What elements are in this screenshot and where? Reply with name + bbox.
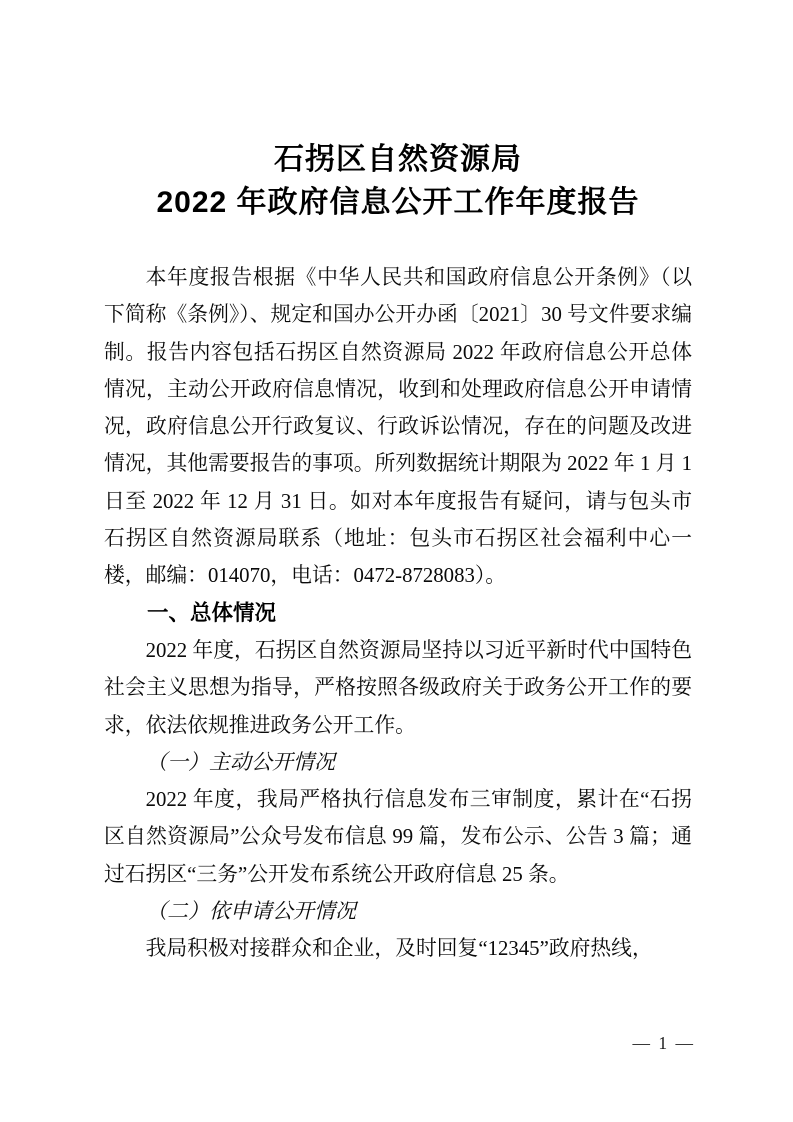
document-title: 石拐区自然资源局 2022 年政府信息公开工作年度报告: [104, 138, 692, 224]
paragraph-intro: 本年度报告根据《中华人民共和国政府信息公开条例》（以下简称《条例》）、规定和国办…: [104, 259, 692, 595]
section-heading-overall: 一、总体情况: [104, 595, 692, 632]
paragraph-overall: 2022 年度，石拐区自然资源局坚持以习近平新时代中国特色社会主义思想为指导，严…: [104, 632, 692, 744]
paragraph-proactive-disclosure: 2022 年度，我局严格执行信息发布三审制度，累计在“石拐区自然资源局”公众号发…: [104, 781, 692, 893]
document-title-line-1: 石拐区自然资源局: [104, 138, 692, 181]
subsection-heading-proactive-disclosure: （一）主动公开情况: [104, 744, 692, 781]
document-body: 本年度报告根据《中华人民共和国政府信息公开条例》（以下简称《条例》）、规定和国办…: [104, 259, 692, 968]
document-title-line-2: 2022 年政府信息公开工作年度报告: [104, 181, 692, 224]
subsection-heading-disclosure-upon-request: （二）依申请公开情况: [104, 893, 692, 930]
document-page: 石拐区自然资源局 2022 年政府信息公开工作年度报告 本年度报告根据《中华人民…: [0, 0, 793, 1122]
paragraph-disclosure-upon-request: 我局积极对接群众和企业，及时回复“12345”政府热线，: [104, 930, 692, 967]
page-number: — 1 —: [633, 1032, 696, 1054]
